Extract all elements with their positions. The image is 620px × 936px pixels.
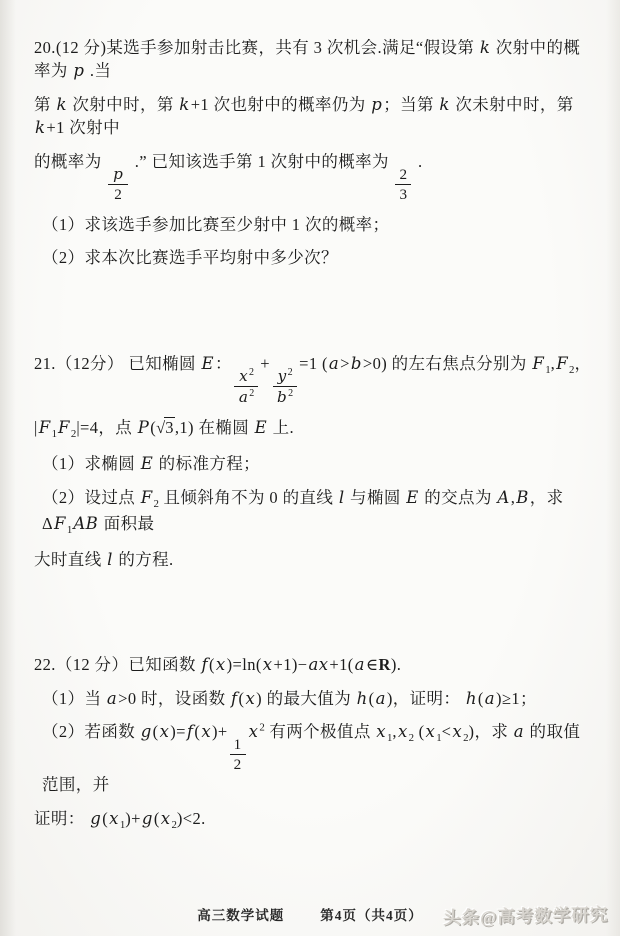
math-subscript: 1 <box>120 819 125 831</box>
math-variable: a <box>328 354 340 373</box>
math-variable: x <box>215 655 227 674</box>
math-variable: g <box>140 722 153 741</box>
fraction-denominator: 2 <box>230 755 246 773</box>
math-variable: k <box>55 95 67 114</box>
math-variable: x <box>451 722 463 741</box>
math-subscript: 2 <box>569 363 574 375</box>
math-variable: k <box>178 95 190 114</box>
math-variable: E <box>200 354 214 373</box>
math-variable: p <box>370 95 383 114</box>
question-21-line-4: （2）设过点 F2 且倾斜角不为 0 的直线 l 与椭圆 E 的交点为 A,B，… <box>34 486 592 539</box>
math-fraction: y2b2 <box>272 367 297 406</box>
math-variable: k <box>34 118 46 137</box>
math-bold-symbol: R <box>379 655 391 674</box>
math-variable: F <box>140 488 154 507</box>
question-21-line-2: |F1F2|=4，点 P(√3,1) 在椭圆 E 上. <box>34 416 592 442</box>
math-variable: x <box>108 809 120 828</box>
math-variable: k <box>438 95 450 114</box>
fraction-numerator: x2 <box>234 367 258 387</box>
question-22-line-1: 22.（12 分）已知函数 f(x)=ln(x+1)−ax+1(a∈R). <box>34 653 592 676</box>
math-variable: p <box>112 165 124 183</box>
math-variable: B <box>515 488 530 507</box>
math-variable: AB <box>72 514 99 533</box>
math-variable: f <box>186 722 195 741</box>
question-22-line-2: （1）当 a>0 时，设函数 f(x) 的最大值为 h(a)，证明： h(a)≥… <box>34 687 592 710</box>
question-21: 21.（12分） 已知椭圆 E：x2a2+y2b2=1 (a>b>0) 的左右焦… <box>34 352 592 572</box>
math-variable: k <box>479 38 491 57</box>
fraction-denominator: 3 <box>395 185 411 203</box>
math-variable: F <box>57 418 71 437</box>
footer-doc-title: 高三数学试题 <box>197 908 284 923</box>
question-22-line-3: （2）若函数 g(x)=f(x)+12x2 有两个极值点 x1,x2 (x1<x… <box>34 720 592 797</box>
math-fraction: p2 <box>108 166 128 203</box>
fraction-numerator: 2 <box>395 166 411 185</box>
math-variable: a <box>375 689 387 708</box>
math-superscript: 2 <box>288 388 293 399</box>
math-variable: E <box>405 488 419 507</box>
math-superscript: 2 <box>259 722 264 734</box>
question-21-line-1: 21.（12分） 已知椭圆 E：x2a2+y2b2=1 (a>b>0) 的左右焦… <box>34 352 592 406</box>
math-subscript: 2 <box>71 428 76 440</box>
math-subscript: 2 <box>171 819 176 831</box>
math-fraction: 12 <box>230 736 246 773</box>
question-22-line-4: 证明： g(x1)+g(x2)<2. <box>34 807 592 833</box>
math-subscript: 1 <box>436 732 441 744</box>
math-variable: f <box>200 655 209 674</box>
math-variable: x <box>244 689 256 708</box>
math-variable: g <box>89 809 102 828</box>
math-variable: b <box>350 354 363 373</box>
math-variable: F <box>53 514 67 533</box>
math-variable: x <box>200 722 212 741</box>
math-subscript: 2 <box>463 732 468 744</box>
fraction-denominator: a2 <box>234 387 258 406</box>
math-variable: l <box>106 550 114 569</box>
math-fraction: 23 <box>395 166 411 203</box>
question-20-line-3: 的概率为 p2 .” 已知该选手第 1 次射中的概率为 23 . <box>34 150 592 203</box>
math-variable: F <box>531 354 545 373</box>
question-20-line-1: 20.(12 分)某选手参加射击比赛，共有 3 次机会.满足“假设第 k 次射中… <box>34 36 592 83</box>
math-variable: A <box>496 488 510 507</box>
math-superscript: 2 <box>288 367 293 378</box>
question-22: 22.（12 分）已知函数 f(x)=ln(x+1)−ax+1(a∈R).（1）… <box>34 653 592 833</box>
question-21-line-5: 大时直线 l 的方程. <box>34 548 592 571</box>
math-subscript: 2 <box>154 497 159 509</box>
questions-area: 20.(12 分)某选手参加射击比赛，共有 3 次机会.满足“假设第 k 次射中… <box>34 36 592 843</box>
math-variable: x <box>248 722 260 741</box>
math-variable: g <box>141 809 154 828</box>
math-variable: y <box>277 367 288 385</box>
math-variable: E <box>254 418 268 437</box>
math-variable: a <box>354 655 366 674</box>
exam-page: 20.(12 分)某选手参加射击比赛，共有 3 次机会.满足“假设第 k 次射中… <box>0 0 620 936</box>
math-variable: a <box>106 689 118 708</box>
radical-sign: √ <box>156 418 164 437</box>
math-variable: h <box>356 689 369 708</box>
math-variable: x <box>160 809 172 828</box>
math-variable: x <box>262 655 274 674</box>
fraction-numerator: 1 <box>230 736 246 755</box>
math-variable: h <box>465 689 478 708</box>
math-subscript: 1 <box>387 732 392 744</box>
math-variable: l <box>338 488 346 507</box>
footer-page-number: 第4页（共4页） <box>320 908 423 923</box>
radicand: 3 <box>164 417 175 437</box>
math-variable: b <box>276 388 288 406</box>
question-20-line-5: （2）求本次比赛选手平均射中多少次？ <box>34 246 592 269</box>
math-variable: x <box>425 722 437 741</box>
math-variable: E <box>140 454 154 473</box>
fraction-numerator: y2 <box>273 367 297 387</box>
fraction-denominator: b2 <box>272 387 297 406</box>
question-20-line-2: 第 k 次射中时，第 k+1 次也射中的概率仍为 p；当第 k 次未射中时，第 … <box>34 93 592 140</box>
math-variable: a <box>484 689 496 708</box>
math-variable: p <box>72 61 85 80</box>
math-variable: F <box>555 354 569 373</box>
math-subscript: 1 <box>545 363 550 375</box>
math-sqrt: √3 <box>156 417 175 437</box>
question-21-line-3: （1）求椭圆 E 的标准方程； <box>34 452 592 475</box>
math-fraction: x2a2 <box>234 367 258 406</box>
fraction-numerator: p <box>108 166 128 185</box>
question-20-line-4: （1）求该选手参加比赛至少射中 1 次的概率； <box>34 213 592 236</box>
question-20: 20.(12 分)某选手参加射击比赛，共有 3 次机会.满足“假设第 k 次射中… <box>34 36 592 270</box>
math-variable: x <box>238 367 249 385</box>
math-superscript: 2 <box>249 388 254 399</box>
math-variable: a <box>513 722 525 741</box>
math-variable: x <box>159 722 171 741</box>
fraction-denominator: 2 <box>110 185 126 203</box>
math-subscript: 2 <box>409 732 414 744</box>
math-variable: P <box>137 418 151 437</box>
math-variable: f <box>230 689 239 708</box>
math-variable: x <box>375 722 387 741</box>
watermark-text: 头条@高考数学研究 <box>442 901 608 929</box>
math-superscript: 2 <box>249 367 254 378</box>
math-variable: x <box>397 722 409 741</box>
math-variable: a <box>238 388 249 406</box>
math-variable: ax <box>307 655 329 674</box>
math-variable: F <box>38 418 52 437</box>
